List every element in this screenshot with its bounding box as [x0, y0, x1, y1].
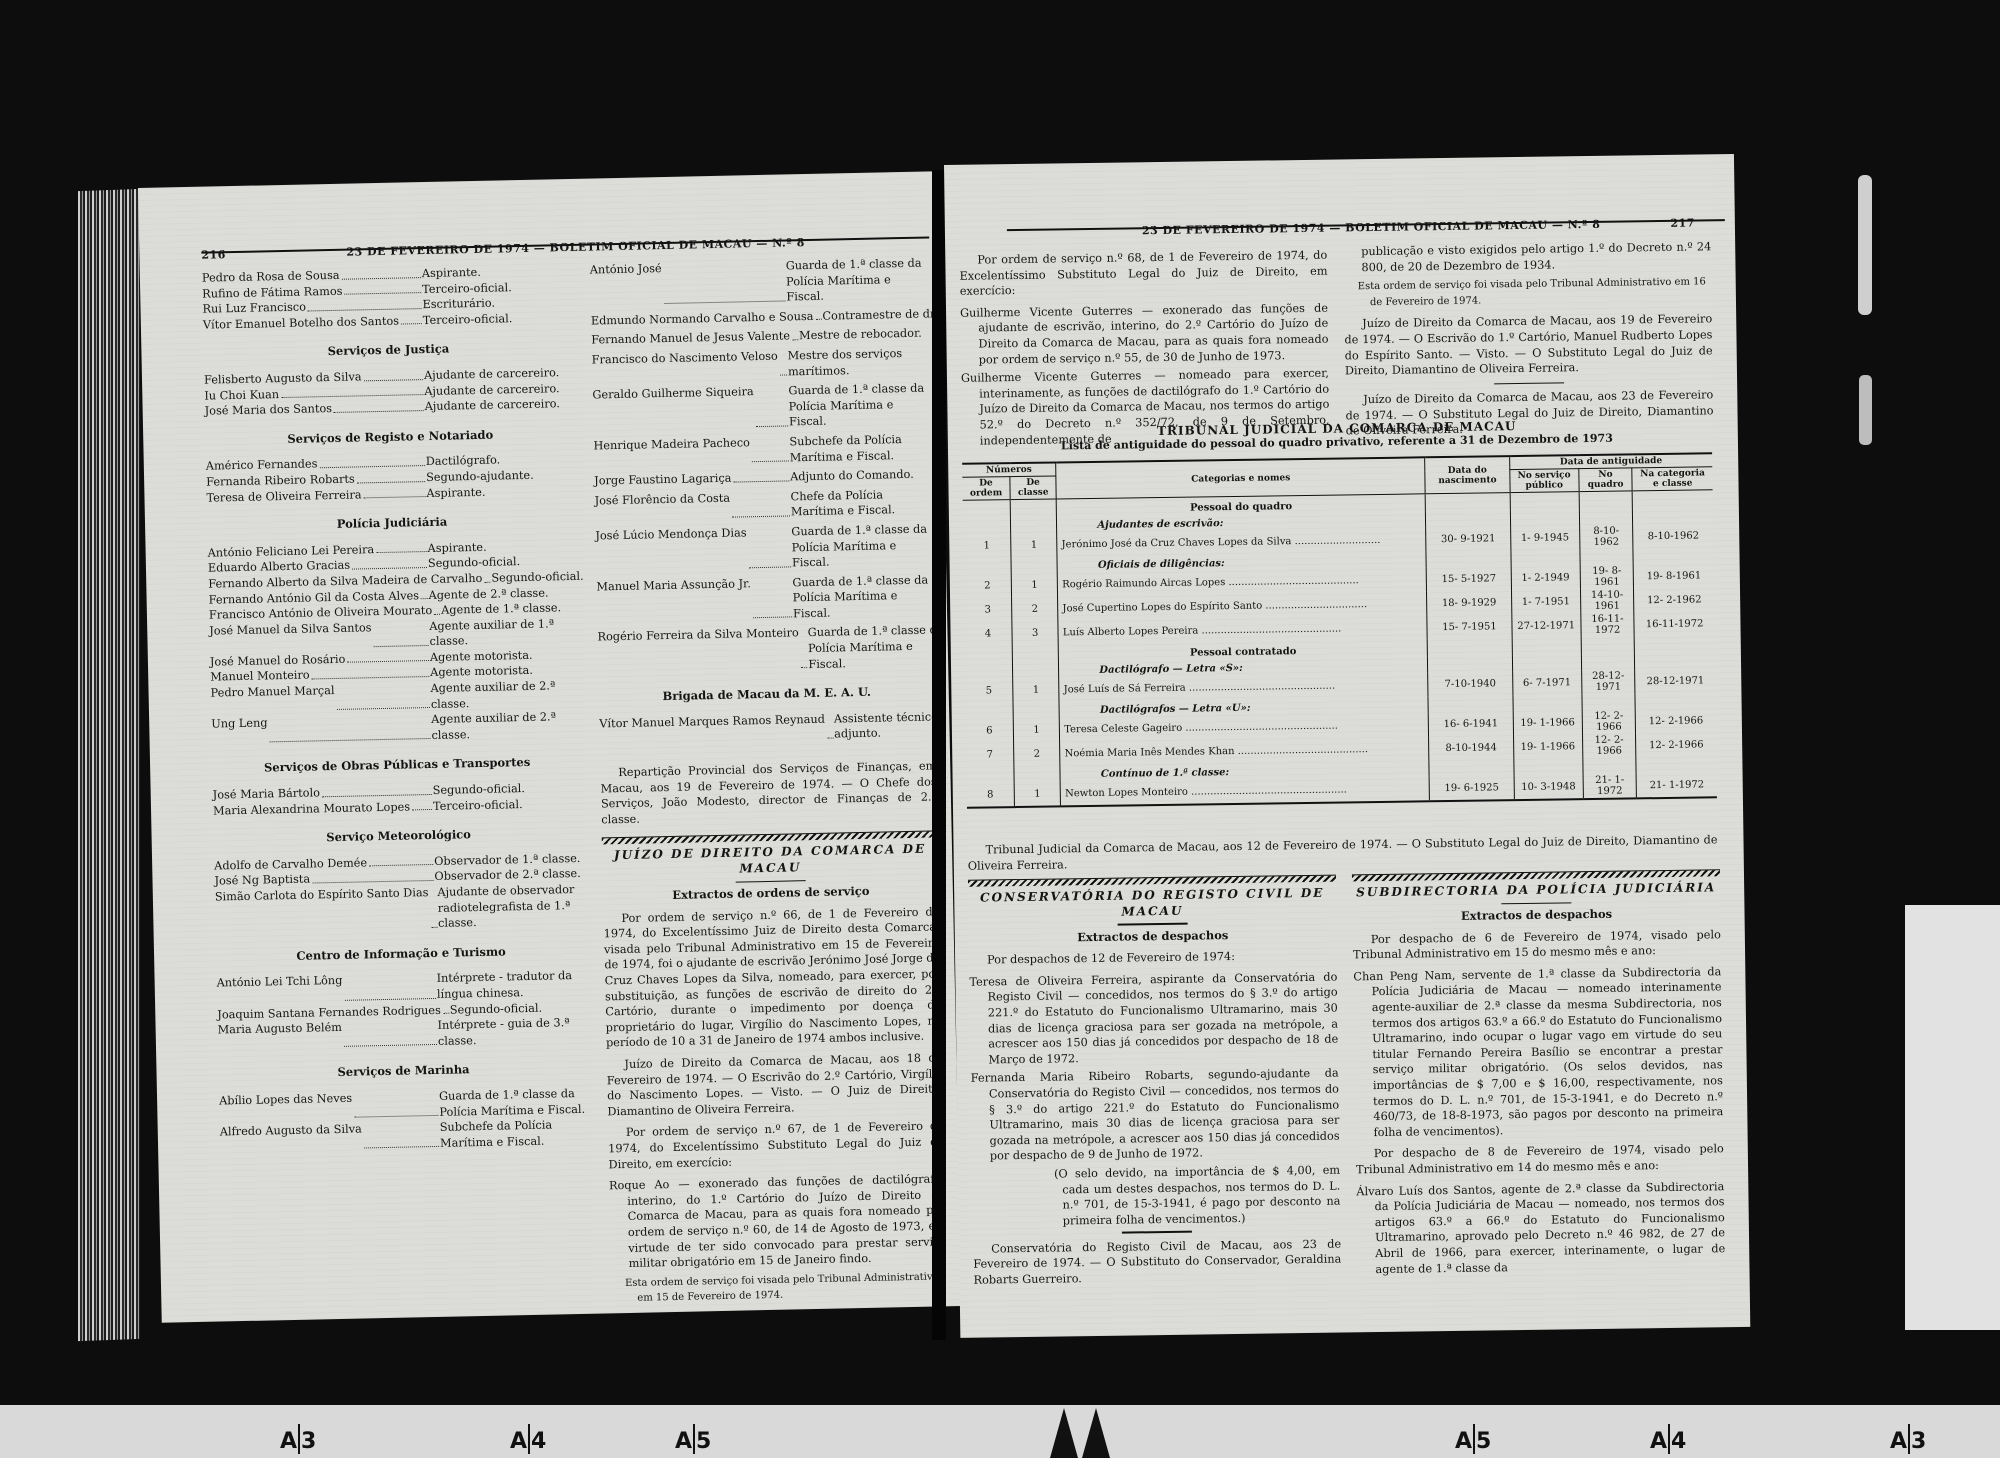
cell-nascimento: 18- 9-1929 — [1427, 590, 1512, 615]
cell — [1579, 508, 1633, 525]
film-mark-bar — [528, 1424, 530, 1454]
leader-dots — [322, 783, 432, 797]
cell-categoria: 12- 2-1966 — [1635, 708, 1715, 733]
leader-dots — [352, 556, 427, 569]
person-name: Rogério Ferreira da Silva Monteiro — [597, 626, 799, 677]
cell — [1428, 655, 1513, 672]
left-column-2: António JoséGuarda de 1.ª classe da Polí… — [590, 256, 948, 1312]
page-stack-edge — [78, 189, 140, 1341]
leader-dots — [269, 712, 430, 743]
film-mark: A5 — [675, 1424, 711, 1454]
cell-classe: 1 — [1014, 781, 1061, 807]
paragraph: Por despacho de 6 de Fevereiro de 1974, … — [1353, 927, 1721, 963]
col-header-de-classe: De classe — [1010, 476, 1057, 500]
leader-dots — [792, 329, 798, 341]
cell-servico: 10- 3-1948 — [1514, 774, 1583, 800]
section-title: Serviços de Registo e Notariado — [205, 426, 575, 449]
list-item: José Lúcio Mendonça DiasGuarda de 1.ª cl… — [595, 521, 932, 575]
person-role: Chefe da Polícia Marítima e Fiscal. — [790, 486, 931, 520]
subdirectoria-heading: SUBDIRECTORIA DA POLÍCIA JUDICIÁRIA — [1352, 880, 1720, 901]
cell-categoria: 28-12-1971 — [1635, 668, 1715, 693]
leader-dots — [748, 524, 791, 568]
cell-categoria: 19- 8-1961 — [1633, 563, 1713, 588]
leader-dots — [344, 971, 436, 1000]
person-name: Henrique Madeira Pacheco — [593, 435, 750, 469]
leader-dots — [753, 575, 792, 619]
cell-ordem: 3 — [964, 597, 1012, 622]
person-name: Ung Leng — [211, 716, 268, 748]
cell — [1426, 550, 1511, 567]
person-name: Jorge Faustino Lagariça — [594, 471, 732, 489]
paragraph: Por despachos de 12 de Fevereiro de 1974… — [969, 948, 1337, 969]
leader-dots — [443, 1002, 449, 1014]
leader-dots — [373, 619, 428, 647]
leader-dots — [732, 489, 790, 517]
film-mark: A5 — [1455, 1424, 1491, 1454]
cell — [1633, 547, 1713, 564]
juizo-paragraph: Por ordem de serviço n.º 67, de 1 de Fev… — [608, 1119, 945, 1173]
person-name: António José — [590, 261, 663, 309]
cell — [1512, 637, 1581, 655]
microfilm-strip: A3A4A5A5A4A3 — [0, 1405, 2000, 1458]
cell-nascimento: 30- 9-1921 — [1426, 526, 1511, 551]
leader-dots — [412, 799, 432, 811]
leader-dots — [815, 308, 821, 320]
film-mark: A4 — [1650, 1424, 1686, 1454]
cell-ordem: 5 — [965, 678, 1013, 703]
person-role: Agente auxiliar de 1.ª classe. — [429, 616, 580, 650]
cell-classe: 1 — [1013, 717, 1060, 742]
cell-servico: 1- 2-1949 — [1511, 565, 1580, 590]
cell-categoria: 21- 1-1972 — [1636, 772, 1717, 798]
cell-servico: 19- 1-1966 — [1513, 710, 1582, 735]
leader-dots — [354, 1089, 439, 1118]
film-mark-bar — [298, 1424, 300, 1454]
col-header-categoria-classe: Na categoria e classe — [1632, 467, 1712, 491]
person-role: Ajudante de carcereiro. — [424, 396, 574, 415]
section-title: Serviço Meteorológico — [214, 825, 584, 848]
person-role: Guarda de 1.ª classe da Polícia Marítima… — [786, 256, 927, 306]
leader-dots — [434, 603, 440, 615]
cell — [1427, 638, 1512, 656]
cell — [1010, 516, 1057, 533]
col-header-quadro: No quadro — [1579, 468, 1633, 492]
leader-dots — [357, 470, 426, 483]
person-name: Alfredo Augusto da Silva — [220, 1122, 363, 1156]
person-name: Simão Carlota do Espírito Santo Dias — [215, 885, 430, 936]
cell-categoria: 8-10-1962 — [1633, 523, 1713, 548]
right-page: 23 DE FEVEREIRO DE 1974 — BOLETIM OFICIA… — [944, 154, 1750, 1338]
cell — [1635, 692, 1715, 709]
leader-dots — [319, 454, 425, 468]
leader-dots — [336, 681, 430, 710]
conservatoria-column: CONSERVATÓRIA DO REGISTO CIVIL DE MACAU … — [968, 865, 1342, 1295]
running-title: 23 DE FEVEREIRO DE 1974 — BOLETIM OFICIA… — [1142, 218, 1601, 237]
person-name: Pedro Manuel Marçal — [210, 683, 335, 717]
book-gutter — [932, 170, 946, 1340]
paragraph: Conservatória do Registo Civil de Macau,… — [973, 1236, 1342, 1288]
person-name: Maria Augusto Belém — [217, 1020, 342, 1054]
right-column-b: publicação e visto exigidos pelo artigo … — [1343, 236, 1714, 445]
person-role: Guarda de 1.ª classe da Polícia Marítima… — [439, 1086, 590, 1120]
leader-dots — [376, 541, 427, 554]
cell-quadro: 28-12-1971 — [1581, 669, 1635, 694]
cell-quadro: 16-11-1972 — [1581, 612, 1635, 637]
cell — [1513, 694, 1582, 711]
cell — [1635, 652, 1715, 669]
left-column-1: Pedro da Rosa de SousaAspirante.Rufino d… — [202, 263, 590, 1156]
cell — [1510, 492, 1579, 510]
rule — [1122, 1231, 1192, 1233]
paragraph: Guilherme Vicente Guterres — exonerado d… — [960, 300, 1329, 368]
cell-quadro: 12- 2-1966 — [1582, 709, 1636, 734]
cell — [1582, 693, 1636, 710]
juizo-paragraph: Roque Ao — exonerado das funções de dact… — [609, 1172, 947, 1273]
cell-ordem: 6 — [966, 718, 1014, 743]
leader-dots — [733, 470, 789, 483]
leader-dots — [756, 384, 789, 427]
list-item: Maria Augusto BelémIntérprete - guia de … — [217, 1015, 588, 1054]
cell — [1013, 701, 1060, 718]
leader-dots — [344, 282, 421, 295]
section-title: Serviços de Obras Públicas e Transportes — [212, 754, 582, 777]
cell-quadro: 12- 2-1966 — [1582, 733, 1636, 758]
col-header-servico-publico: No serviço público — [1509, 469, 1578, 493]
person-role: Guarda de 1.ª classe da Polícia Marítima… — [792, 572, 933, 622]
paragraph: Álvaro Luís dos Santos, agente de 2.ª cl… — [1356, 1179, 1725, 1278]
cell — [1425, 493, 1510, 512]
person-name: Iu Choi Kuan — [204, 387, 279, 404]
person-name: Manuel Maria Assunção Jr. — [596, 576, 751, 626]
cell — [1511, 549, 1580, 566]
leader-dots — [364, 1120, 440, 1149]
right-column-a: Por ordem de serviço n.º 68, de 1 de Fev… — [959, 242, 1330, 452]
cell — [1633, 507, 1713, 524]
leader-dots — [334, 399, 424, 412]
cell-servico: 1- 7-1951 — [1511, 589, 1580, 614]
leader-dots — [341, 266, 421, 279]
cell — [1579, 491, 1633, 509]
cell-nascimento: 16- 6-1941 — [1429, 711, 1514, 736]
cell-classe: 2 — [1012, 596, 1059, 621]
list-item: Simão Carlota do Espírito Santo DiasAjud… — [215, 882, 586, 937]
juizo-note: Esta ordem de serviço foi visada pelo Tr… — [611, 1269, 948, 1307]
cell-classe: 1 — [1013, 677, 1060, 702]
rule — [736, 880, 806, 883]
leader-dots — [344, 1018, 437, 1047]
cell-classe: 2 — [1014, 741, 1061, 766]
list-item: Alfredo Augusto da SilvaSubchefe da Polí… — [220, 1117, 591, 1156]
leader-dots — [369, 854, 433, 867]
person-role: Agente auxiliar de 2.ª classe. — [431, 709, 582, 743]
person-name: Maria Alexandrina Mourato Lopes — [213, 799, 410, 819]
leader-dots — [347, 650, 429, 663]
cell-nascimento: 8-10-1944 — [1429, 735, 1514, 760]
cell — [1014, 765, 1061, 782]
rule — [1494, 382, 1564, 384]
paragraph: publicação e visto exigidos pelo artigo … — [1343, 239, 1711, 275]
cell — [1429, 759, 1514, 776]
section-divider — [1352, 869, 1720, 881]
person-name: Francisco do Nascimento Veloso — [592, 349, 779, 384]
person-role: Adjunto do Comando. — [790, 467, 930, 486]
film-mark-bar — [693, 1424, 695, 1454]
film-mark-bar — [1473, 1424, 1475, 1454]
col-header-nascimento: Data do nascimento — [1425, 456, 1510, 494]
leader-dots — [421, 588, 428, 600]
leader-dots — [308, 297, 422, 311]
cell — [966, 766, 1014, 783]
person-role: Guarda de 1.ª classe da Polícia Marítima… — [791, 521, 932, 571]
cell — [1012, 644, 1059, 662]
person-role: Aspirante. — [426, 482, 576, 501]
film-mark-bar — [1668, 1424, 1670, 1454]
person-role: Subchefe da Polícia Marítima e Fiscal. — [789, 431, 930, 465]
cell-ordem: 1 — [963, 533, 1011, 558]
cell-servico: 6- 7-1971 — [1512, 670, 1581, 695]
cell-nome: Newton Lopes Monteiro ..................… — [1060, 776, 1429, 806]
juizo-subheading: Extractos de ordens de serviço — [603, 882, 939, 905]
col-header-categorias: Categorias e nomes — [1056, 457, 1425, 499]
person-name: José Lúcio Mendonça Dias — [595, 525, 747, 575]
cell-ordem: 7 — [966, 742, 1014, 767]
person-name: Geraldo Guilherme Siqueira — [592, 384, 754, 434]
col-header-numeros: Números — [962, 462, 1056, 477]
person-name: José Manuel da Silva Santos — [209, 620, 372, 655]
paragraph: Por ordem de serviço n.º 68, de 1 de Fev… — [959, 248, 1328, 300]
person-name: José Maria dos Santos — [205, 401, 333, 419]
cell-categoria: 12- 2-1962 — [1634, 587, 1714, 612]
cell — [1634, 635, 1714, 653]
cell-ordem: 8 — [967, 782, 1015, 808]
person-name: Vítor Emanuel Botelho dos Santos — [203, 313, 399, 333]
person-name: Fernando Manuel de Jesus Valente — [591, 329, 790, 349]
page-number: 216 — [201, 248, 226, 262]
leader-dots — [752, 434, 789, 462]
paragraph: Fernanda Maria Ribeiro Robarts, segundo-… — [971, 1066, 1340, 1165]
list-item: Vítor Manuel Marques Ramos ReynaudAssist… — [599, 709, 936, 747]
cell — [1583, 757, 1637, 774]
cell — [1512, 654, 1581, 671]
cell — [1513, 758, 1582, 775]
list-item: José Florêncio da CostaChefe da Polícia … — [594, 486, 931, 524]
juizo-paragraph: Juízo de Direito da Comarca de Macau, ao… — [606, 1050, 943, 1119]
cell-servico: 1- 9-1945 — [1510, 525, 1579, 550]
juizo-heading: JUÍZO DE DIREITO DA COMARCA DE MACAU — [602, 842, 939, 880]
person-role: Intérprete - guia de 3.ª classe. — [437, 1015, 588, 1049]
col-header-de-ordem: De ordem — [962, 477, 1010, 501]
running-header-left: 216 23 DE FEVEREIRO DE 1974 — BOLETIM OF… — [201, 233, 929, 253]
page-number: 217 — [1670, 217, 1695, 230]
cell — [963, 557, 1011, 574]
person-role: Terceiro-oficial. — [433, 795, 583, 814]
list-item: Manuel Maria Assunção Jr.Guarda de 1.ª c… — [596, 572, 933, 626]
section-title: Brigada de Macau da M. E. A. U. — [599, 684, 935, 707]
cell-nascimento: 15- 7-1951 — [1427, 614, 1512, 639]
subdirectoria-subheading: Extractos de despachos — [1352, 905, 1720, 926]
paragraph: Teresa de Oliveira Ferreira, aspirante d… — [969, 969, 1338, 1068]
cell-nascimento: 7-10-1940 — [1428, 671, 1513, 696]
cell — [1426, 510, 1511, 527]
conservatoria-subheading: Extractos de despachos — [969, 926, 1337, 947]
cell-servico: 19- 1-1966 — [1513, 734, 1582, 759]
cell — [966, 702, 1014, 719]
leader-dots — [401, 313, 422, 325]
person-role: Subchefe da Polícia Marítima e Fiscal. — [440, 1117, 591, 1151]
cell — [963, 517, 1011, 534]
financas-closing: Repartição Provincial dos Serviços de Fi… — [600, 758, 937, 827]
leader-dots — [363, 368, 423, 381]
juizo-paragraph: Por ordem de serviço n.º 66, de 1 de Fev… — [603, 904, 942, 1051]
cell — [1636, 756, 1716, 773]
cell-categoria: 12- 2-1966 — [1636, 732, 1716, 757]
list-item: Ung LengAgente auxiliar de 2.ª classe. — [211, 709, 582, 748]
film-glare — [1858, 175, 1872, 315]
cell-nascimento: 19- 6-1925 — [1429, 775, 1514, 801]
cell — [1581, 653, 1635, 670]
cell — [1012, 661, 1059, 678]
cell-categoria: 16-11-1972 — [1634, 611, 1714, 636]
cell-servico: 27-12-1971 — [1511, 613, 1580, 638]
cell — [1510, 509, 1579, 526]
list-item: Francisco do Nascimento VelosoMestre dos… — [592, 345, 929, 383]
list-item: Henrique Madeira PachecoSubchefe da Polí… — [593, 431, 930, 469]
leader-dots — [827, 711, 834, 738]
cell — [965, 645, 1013, 663]
paragraph: (O selo devido, na importância de $ 4,00… — [972, 1163, 1341, 1231]
leader-dots — [780, 348, 787, 375]
adjacent-frame-edge — [1905, 905, 2000, 1330]
film-triangle-marker — [1082, 1408, 1110, 1458]
note: Esta ordem de serviço foi visada pelo Tr… — [1344, 274, 1712, 310]
leader-dots — [312, 665, 430, 679]
cell — [963, 500, 1011, 518]
person-name: Abílio Lopes das Neves — [219, 1091, 353, 1125]
leader-dots — [801, 626, 808, 669]
leader-dots — [312, 869, 434, 883]
cell-classe: 3 — [1012, 620, 1059, 645]
conservatoria-heading: CONSERVATÓRIA DO REGISTO CIVIL DE MACAU — [968, 886, 1336, 922]
person-role: Intérprete - tradutor da língua chinesa. — [436, 968, 587, 1002]
list-item: Edmundo Normando Carvalho e SousaContram… — [591, 306, 927, 329]
person-role: Agente auxiliar de 2.ª classe. — [430, 678, 581, 712]
film-triangle-marker — [1050, 1408, 1078, 1458]
leader-dots — [281, 384, 423, 399]
cell — [1581, 636, 1635, 654]
leader-dots — [484, 571, 490, 583]
list-item: Rogério Ferreira da Silva MonteiroGuarda… — [597, 623, 934, 677]
leader-dots — [664, 258, 786, 303]
rule — [1118, 923, 1188, 925]
list-item: Jorge Faustino LagariçaAdjunto do Comand… — [594, 467, 930, 490]
paragraph: Chan Peng Nam, servente de 1.ª classe da… — [1353, 964, 1723, 1141]
cell — [965, 662, 1013, 679]
person-role: Mestre dos serviços marítimos. — [788, 345, 929, 379]
section-title: Serviços de Marinha — [218, 1060, 588, 1083]
running-header-right: 23 DE FEVEREIRO DE 1974 — BOLETIM OFICIA… — [1007, 216, 1725, 231]
cell-quadro: 19- 8-1961 — [1580, 564, 1634, 589]
cell — [1011, 556, 1058, 573]
cell-ordem: 4 — [964, 621, 1012, 646]
cell-classe: 1 — [1011, 572, 1058, 597]
cell — [1632, 490, 1712, 509]
antiguidade-table: Números Categorias e nomes Data do nasci… — [962, 452, 1717, 808]
paragraph: Por despacho de 8 de Fevereiro de 1974, … — [1356, 1142, 1724, 1178]
person-name: Teresa de Oliveira Ferreira — [206, 487, 361, 506]
person-name: Vítor Manuel Marques Ramos Reynaud — [599, 712, 825, 748]
section-divider — [968, 875, 1336, 887]
person-role: Guarda de 1.ª classe da Polícia Marítima… — [808, 623, 949, 673]
person-role: Guarda de 1.ª classe da Polícia Marítima… — [788, 381, 929, 431]
cell-quadro: 14-10-1961 — [1580, 588, 1634, 613]
cell — [1010, 499, 1057, 517]
film-mark-bar — [1908, 1424, 1910, 1454]
leader-dots — [363, 486, 425, 499]
list-item: António JoséGuarda de 1.ª classe da Polí… — [590, 256, 927, 310]
left-page: 216 23 DE FEVEREIRO DE 1974 — BOLETIM OF… — [138, 171, 962, 1323]
person-name: António Lei Tchi Lông — [217, 973, 343, 1007]
list-item: Geraldo Guilherme SiqueiraGuarda de 1.ª … — [592, 381, 929, 435]
person-name: José Florêncio da Costa — [594, 490, 730, 524]
paragraph: Juízo de Direito da Comarca de Macau, ao… — [1344, 312, 1713, 380]
section-title: Centro de Informação e Turismo — [216, 943, 586, 966]
film-mark: A4 — [510, 1424, 546, 1454]
person-role: Mestre de rebocador. — [799, 326, 939, 345]
person-role: Terceiro-oficial. — [423, 310, 573, 329]
film-mark: A3 — [280, 1424, 316, 1454]
cell-classe: 1 — [1011, 532, 1058, 557]
cell-nascimento: 15- 5-1927 — [1426, 566, 1511, 591]
subdirectoria-column: SUBDIRECTORIA DA POLÍCIA JUDICIÁRIA Extr… — [1352, 859, 1726, 1280]
section-title: Serviços de Justiça — [203, 339, 573, 362]
film-mark: A3 — [1890, 1424, 1926, 1454]
cell-ordem: 2 — [964, 573, 1012, 598]
person-role: Ajudante de observador radiotelegrafista… — [437, 882, 588, 932]
rule — [1501, 902, 1571, 904]
leader-dots — [430, 885, 437, 928]
cell — [1580, 548, 1634, 565]
person-name: Edmundo Normando Carvalho e Sousa — [591, 309, 814, 329]
running-title: 23 DE FEVEREIRO DE 1974 — BOLETIM OFICIA… — [346, 236, 805, 259]
cell — [1428, 695, 1513, 712]
list-item: Fernando Manuel de Jesus ValenteMestre d… — [591, 326, 927, 349]
cell-quadro: 8-10-1962 — [1579, 524, 1633, 549]
section-title: Polícia Judiciária — [207, 512, 577, 535]
film-glare — [1859, 375, 1872, 445]
cell-quadro: 21- 1-1972 — [1583, 773, 1637, 799]
